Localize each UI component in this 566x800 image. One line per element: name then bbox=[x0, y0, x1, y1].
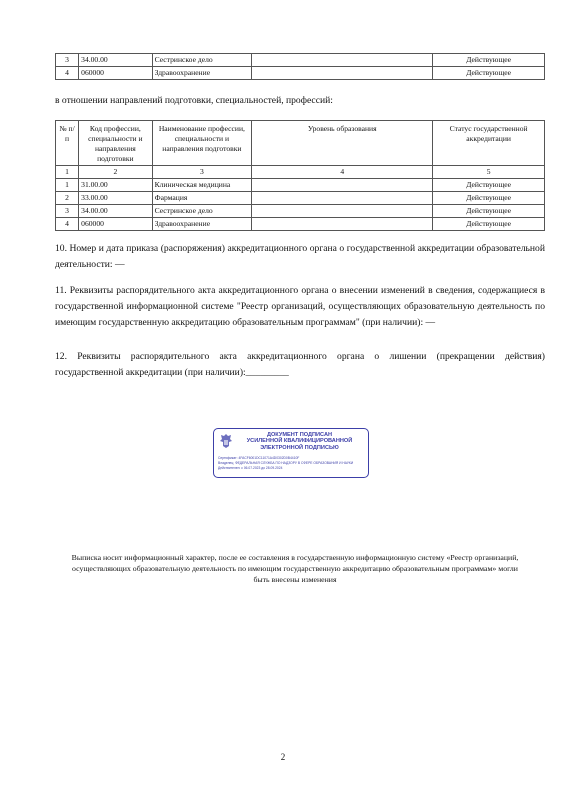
stamp-details: Сертификат: 4FACF6001DC11071A4D0302D0B44… bbox=[218, 456, 365, 471]
coat-of-arms-icon bbox=[219, 433, 233, 449]
row-name: Фармация bbox=[152, 192, 252, 205]
column-number: 4 bbox=[252, 166, 433, 179]
intro-text: в отношении направлений подготовки, спец… bbox=[55, 93, 545, 109]
section-12: 12. Реквизиты распорядительного акта акк… bbox=[55, 349, 545, 381]
header-code: Код профессии, специальности и направлен… bbox=[79, 121, 152, 166]
row-number: 4 bbox=[56, 218, 79, 231]
row-name: Здравоохранение bbox=[152, 218, 252, 231]
row-number: 3 bbox=[56, 54, 79, 67]
row-code: 31.00.00 bbox=[79, 179, 152, 192]
column-number: 5 bbox=[433, 166, 545, 179]
row-code: 34.00.00 bbox=[79, 54, 152, 67]
row-number: 3 bbox=[56, 205, 79, 218]
row-status: Действующее bbox=[433, 192, 545, 205]
row-name: Сестринское дело bbox=[152, 54, 252, 67]
row-name: Клиническая медицина bbox=[152, 179, 252, 192]
table-header-row: № п/п Код профессии, специальности и нап… bbox=[56, 121, 545, 166]
row-status: Действующее bbox=[433, 54, 545, 67]
row-number: 1 bbox=[56, 179, 79, 192]
row-level bbox=[252, 179, 433, 192]
column-number: 2 bbox=[79, 166, 152, 179]
table-row: 233.00.00ФармацияДействующее bbox=[56, 192, 545, 205]
row-level bbox=[252, 205, 433, 218]
row-status: Действующее bbox=[433, 205, 545, 218]
table-row: 334.00.00Сестринское делоДействующее bbox=[56, 54, 545, 67]
row-number: 4 bbox=[56, 67, 79, 80]
footer-note: Выписка носит информационный характер, п… bbox=[70, 552, 520, 585]
table-row: 4060000ЗдравоохранениеДействующее bbox=[56, 67, 545, 80]
row-status: Действующее bbox=[433, 218, 545, 231]
section-11: 11. Реквизиты распорядительного акта акк… bbox=[55, 283, 545, 331]
table-row: 334.00.00Сестринское делоДействующее bbox=[56, 205, 545, 218]
accreditation-table: № п/п Код профессии, специальности и нап… bbox=[55, 120, 545, 231]
page-number: 2 bbox=[0, 752, 566, 762]
electronic-signature-stamp: ДОКУМЕНТ ПОДПИСАН УСИЛЕННОЙ КВАЛИФИЦИРОВ… bbox=[213, 428, 369, 478]
row-name: Здравоохранение bbox=[152, 67, 252, 80]
column-number: 3 bbox=[152, 166, 252, 179]
row-status: Действующее bbox=[433, 179, 545, 192]
row-code: 34.00.00 bbox=[79, 205, 152, 218]
header-level: Уровень образования bbox=[252, 121, 433, 166]
section-10: 10. Номер и дата приказа (распоряжения) … bbox=[55, 241, 545, 273]
row-number: 2 bbox=[56, 192, 79, 205]
row-level bbox=[252, 218, 433, 231]
row-level bbox=[252, 192, 433, 205]
column-number: 1 bbox=[56, 166, 79, 179]
table-row: 4060000ЗдравоохранениеДействующее bbox=[56, 218, 545, 231]
row-code: 060000 bbox=[79, 67, 152, 80]
table-row: 131.00.00Клиническая медицинаДействующее bbox=[56, 179, 545, 192]
header-number: № п/п bbox=[56, 121, 79, 166]
row-code: 060000 bbox=[79, 218, 152, 231]
row-name: Сестринское дело bbox=[152, 205, 252, 218]
header-name: Наименование профессии, специальности и … bbox=[152, 121, 252, 166]
row-code: 33.00.00 bbox=[79, 192, 152, 205]
row-level bbox=[252, 54, 433, 67]
row-status: Действующее bbox=[433, 67, 545, 80]
column-number-row: 1 2 3 4 5 bbox=[56, 166, 545, 179]
header-status: Статус государственной аккредитации bbox=[433, 121, 545, 166]
stamp-validity: Действителен: с 06.07.2023 до 28.09.2024 bbox=[218, 466, 365, 471]
row-level bbox=[252, 67, 433, 80]
top-table-continuation: 334.00.00Сестринское делоДействующее4060… bbox=[55, 53, 545, 80]
stamp-title: ДОКУМЕНТ ПОДПИСАН УСИЛЕННОЙ КВАЛИФИЦИРОВ… bbox=[234, 432, 365, 451]
